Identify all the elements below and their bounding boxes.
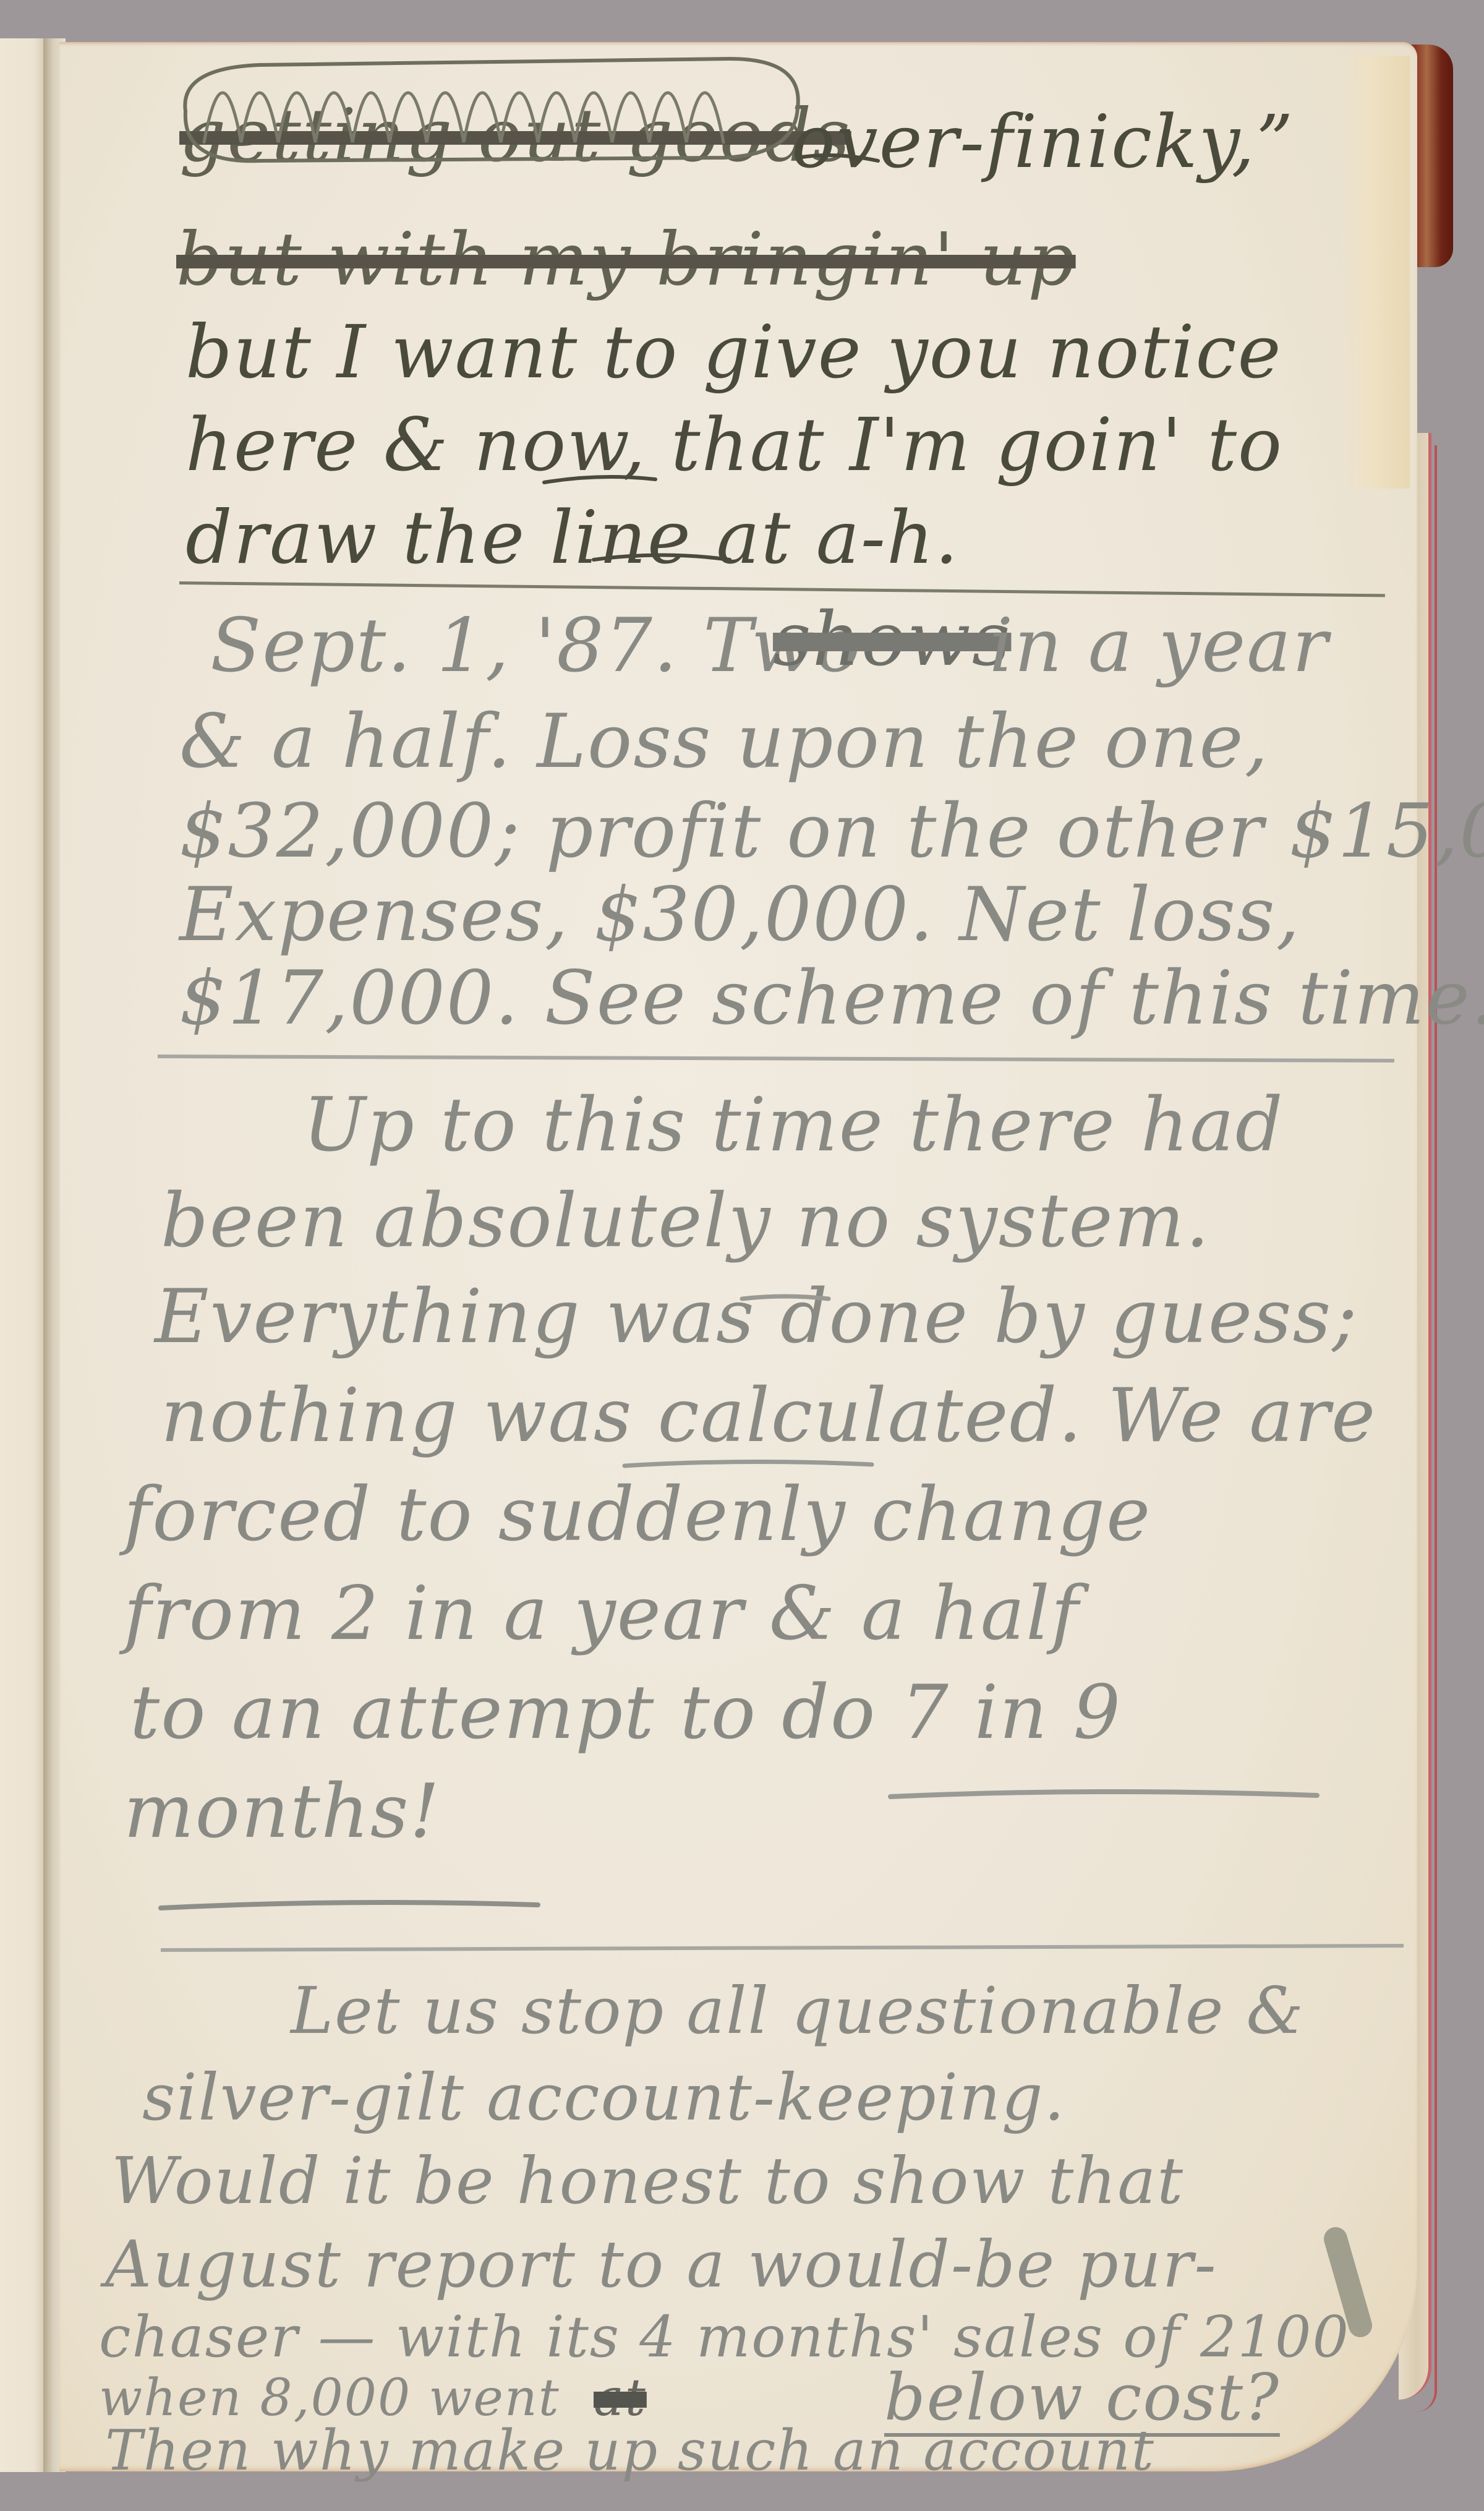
handwriting-marks-overlay <box>0 0 1484 2511</box>
